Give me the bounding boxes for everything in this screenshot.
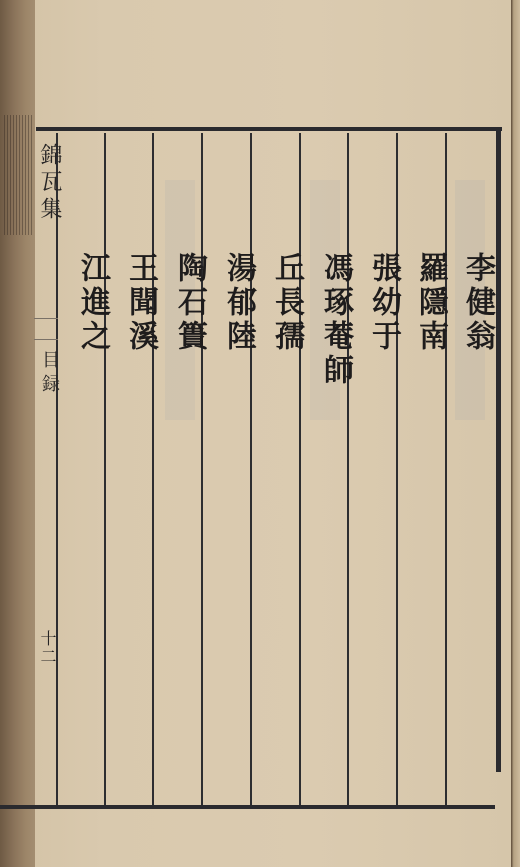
entry-name: 陶石簣 bbox=[167, 252, 211, 354]
column-rule bbox=[250, 133, 252, 805]
entry-name: 馮琢菴師 bbox=[313, 252, 357, 388]
section-label-margin: 目録 bbox=[36, 350, 62, 398]
entry-name: 王聞溪 bbox=[118, 252, 162, 354]
frame-border-right bbox=[496, 127, 501, 772]
column-rule bbox=[299, 133, 301, 805]
book-page: 錦瓦集 目録 十二 李健翁 羅隱南 張幼于 馮琢菴師 丘長孺 湯郁陸 陶石簣 王… bbox=[0, 0, 520, 867]
fish-tail-mark bbox=[34, 318, 58, 340]
page-number: 十二 bbox=[36, 630, 59, 666]
column-rule bbox=[104, 133, 106, 805]
column-rule bbox=[56, 133, 58, 805]
page-right-edge bbox=[511, 0, 520, 867]
entry-name: 江進之 bbox=[70, 252, 114, 354]
column-rule bbox=[347, 133, 349, 805]
spine-ink-bleed bbox=[4, 115, 34, 235]
entry-name: 丘長孺 bbox=[264, 252, 308, 354]
book-spine bbox=[0, 0, 35, 867]
column-rule bbox=[201, 133, 203, 805]
entry-name: 湯郁陸 bbox=[216, 252, 260, 354]
entry-name: 張幼于 bbox=[361, 252, 405, 354]
column-rule bbox=[396, 133, 398, 805]
entry-name: 羅隱南 bbox=[408, 252, 452, 354]
column-rule bbox=[445, 133, 447, 805]
book-title-margin: 錦瓦集 bbox=[34, 143, 65, 224]
column-rule bbox=[152, 133, 154, 805]
frame-border-top bbox=[36, 127, 502, 131]
entry-name: 李健翁 bbox=[455, 252, 499, 354]
frame-border-bottom bbox=[0, 805, 495, 809]
